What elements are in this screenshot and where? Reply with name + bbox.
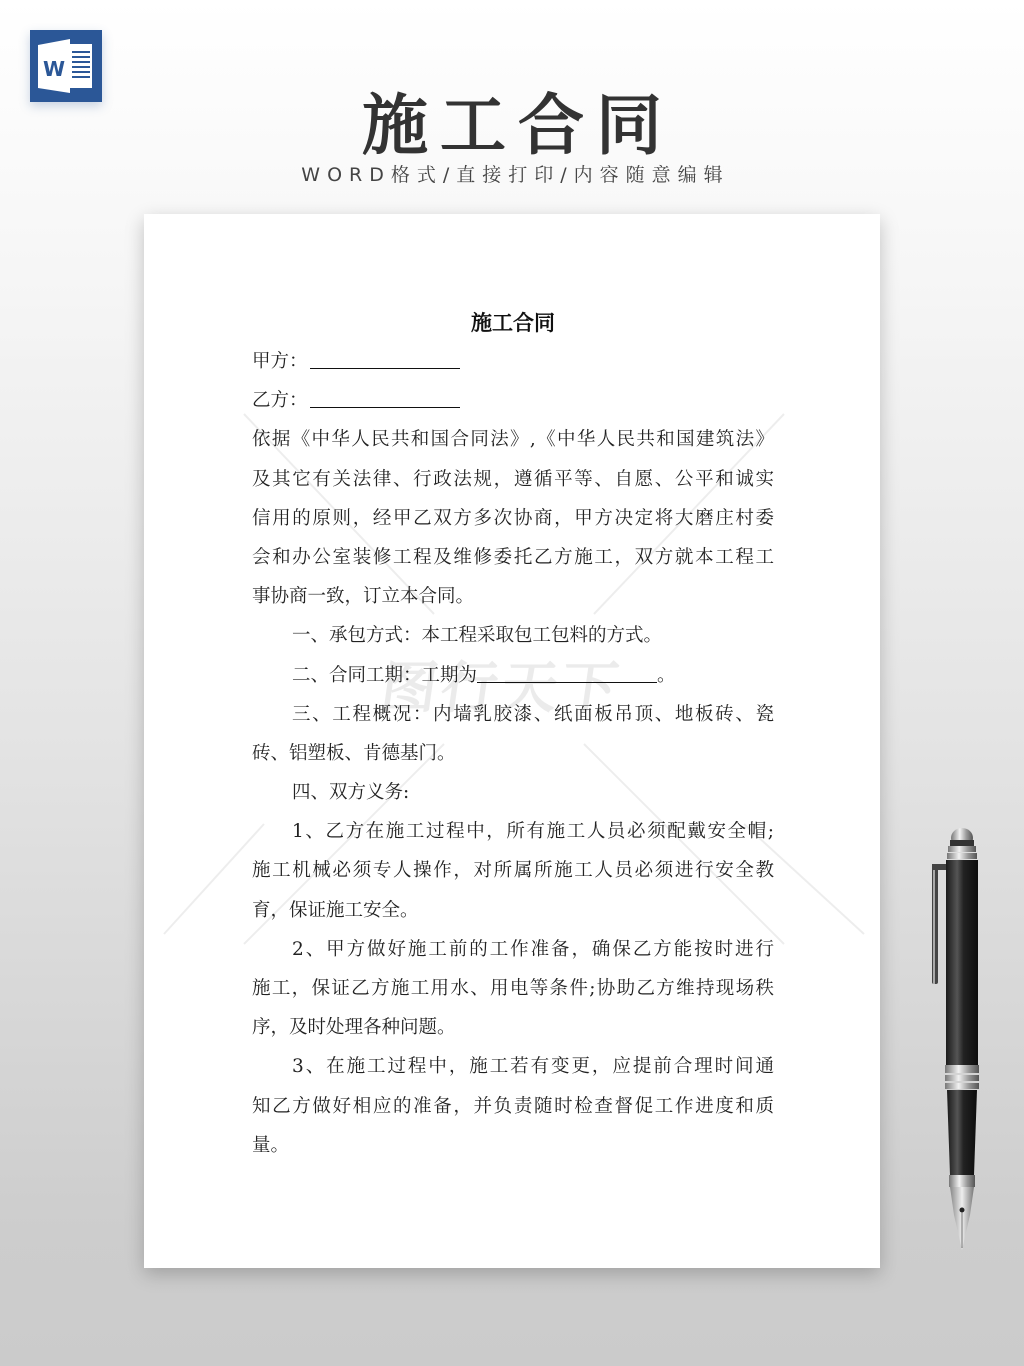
duty-2-line: 序，及时处理各种问题。 xyxy=(252,1008,774,1047)
clause-4: 四、双方义务: xyxy=(252,773,774,812)
intro-line: 信用的原则，经甲乙双方多次协商，甲方决定将大磨庄村委 xyxy=(252,499,774,538)
document-title: 施工合同 xyxy=(252,304,774,342)
document-page: 图行天下 施工合同 甲方： 乙方： 依据《中华人民共和国合同法》,《中华人民共和… xyxy=(144,214,880,1268)
duty-1-line: 育，保证施工安全。 xyxy=(252,891,774,930)
party-a-label: 甲方： xyxy=(252,342,308,381)
fountain-pen-icon xyxy=(920,820,990,1260)
clause-2: 二、合同工期：工期为。 xyxy=(252,656,774,695)
duty-2-line: 施工，保证乙方施工用水、用电等条件;协助乙方维持现场秩 xyxy=(252,969,774,1008)
intro-line: 会和办公室装修工程及维修委托乙方施工，双方就本工程工 xyxy=(252,538,774,577)
duty-1-line: 施工机械必须专人操作，对所属所施工人员必须进行安全教 xyxy=(252,851,774,890)
period-blank[interactable] xyxy=(477,661,657,683)
duty-1-line: 1、乙方在施工过程中，所有施工人员必须配戴安全帽; xyxy=(252,812,774,851)
duty-3-line: 量。 xyxy=(252,1126,774,1165)
clause-2-suffix: 。 xyxy=(657,665,676,686)
duty-3-line: 3、在施工过程中，施工若有变更，应提前合理时间通 xyxy=(252,1047,774,1086)
party-a-line: 甲方： xyxy=(252,342,774,381)
hero-title: 施工合同 xyxy=(0,72,1024,167)
document-body: 施工合同 甲方： 乙方： 依据《中华人民共和国合同法》,《中华人民共和国建筑法》… xyxy=(252,304,774,1165)
clause-1: 一、承包方式：本工程采取包工包料的方式。 xyxy=(252,616,774,655)
intro-line: 事协商一致，订立本合同。 xyxy=(252,577,774,616)
duty-3-line: 知乙方做好相应的准备，并负责随时检查督促工作进度和质 xyxy=(252,1087,774,1126)
hero-subtitle: WORD格式/直接打印/内容随意编辑 xyxy=(0,160,1024,187)
clause-3-line: 砖、铝塑板、肯德基门。 xyxy=(252,734,774,773)
party-b-label: 乙方： xyxy=(252,381,308,420)
party-a-blank[interactable] xyxy=(310,347,460,369)
intro-line: 依据《中华人民共和国合同法》,《中华人民共和国建筑法》 xyxy=(252,420,774,459)
duty-2-line: 2、甲方做好施工前的工作准备，确保乙方能按时进行 xyxy=(252,930,774,969)
intro-line: 及其它有关法律、行政法规，遵循平等、自愿、公平和诚实 xyxy=(252,460,774,499)
party-b-line: 乙方： xyxy=(252,381,774,420)
clause-2-prefix: 二、合同工期：工期为 xyxy=(292,665,477,686)
clause-3-line: 三、工程概况：内墙乳胶漆、纸面板吊顶、地板砖、瓷 xyxy=(252,695,774,734)
party-b-blank[interactable] xyxy=(310,386,460,408)
